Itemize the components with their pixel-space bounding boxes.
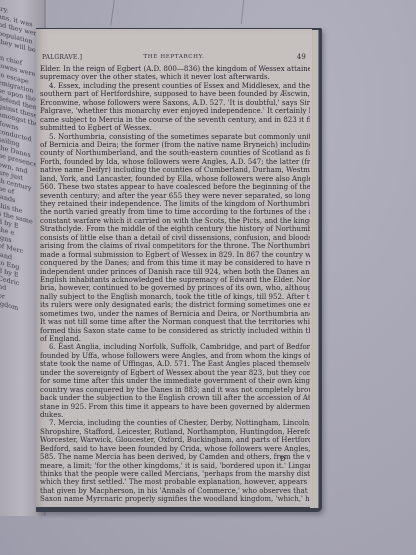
text-line: dukes. (40, 411, 310, 419)
running-head-title: THE HEPTARCHY. (42, 54, 306, 60)
text-line: Erconwine, whose followers were Saxons, … (40, 99, 310, 107)
text-line: land, York, and Lancaster, founded by El… (40, 175, 310, 183)
text-line: 585. The name Mercia has been derived, b… (40, 453, 310, 461)
text-line: independent under princes of Danish race… (40, 268, 310, 276)
text-line: consists of little else than a detail of… (40, 234, 310, 242)
text-line: came subject to Mercia in the course of … (40, 116, 310, 124)
text-line: country was conquered by the Danes in 88… (40, 386, 310, 394)
text-line: Forth, founded by Ida, whose followers w… (40, 158, 310, 166)
text-line: Worcester, Warwick, Gloucester, Oxford, … (40, 436, 310, 444)
text-line: native name Deifyr) including the counti… (40, 166, 310, 174)
text-line: Bedford, said to have been founded by Cr… (40, 445, 310, 453)
text-line: 4. Essex, including the present counties… (40, 82, 310, 90)
text-line: meare, a limit; 'for the other kingdoms,… (40, 462, 310, 470)
running-head: PALGRAVE.] THE HEPTARCHY. 49 (42, 54, 306, 63)
text-line: arising from the claims of rival competi… (40, 242, 310, 250)
text-line: submitted to Egbert of Wessex. (40, 124, 310, 132)
text-line: of England. (40, 335, 310, 343)
text-line: Shropshire, Stafford, Leicester, Rutland… (40, 428, 310, 436)
text-line: nally subject to the English monarch, to… (40, 293, 310, 301)
text-line: seventh century; and after the year 655 … (40, 192, 310, 200)
text-line: conquered by the Danes; and from this ti… (40, 259, 310, 267)
text-line: the north varied greatly from time to ti… (40, 208, 310, 216)
text-line: stane in 925. From this time it appears … (40, 403, 310, 411)
signature-mark: D (280, 455, 285, 463)
body-text: Elder. In the reign of Egbert (A.D. 800—… (40, 65, 310, 504)
text-line: English inhabitants acknowledged the sup… (40, 276, 310, 284)
text-line: back under the subjection to the English… (40, 394, 310, 402)
text-line: constant warfare which it carried on wit… (40, 217, 310, 225)
text-line: they retained their independence. The li… (40, 200, 310, 208)
text-line: southern part of Hertfordshire, supposed… (40, 90, 310, 98)
book-page: PALGRAVE.] THE HEPTARCHY. 49 Elder. In t… (36, 29, 312, 507)
text-line: Palgrave, 'whether this monarchy ever en… (40, 107, 310, 115)
text-line: which they first settled.' The most prob… (40, 478, 310, 486)
text-line: founded by Uffa, whose followers were An… (40, 352, 310, 360)
text-line: made a formal submission to Egbert of We… (40, 251, 310, 259)
text-line: county of Northumberland, and the south-… (40, 149, 310, 157)
text-line: that given by Macpherson, in his 'Annals… (40, 487, 310, 495)
text-line: formed this Saxon state came to be consi… (40, 327, 310, 335)
text-line: of Bernicia and Deira; the former (from … (40, 141, 310, 149)
text-line: sometimes two, under the names of Bernic… (40, 310, 310, 318)
text-line: Elder. In the reign of Egbert (A.D. 800—… (40, 65, 310, 73)
text-line: 560. These two states appear to have coa… (40, 183, 310, 191)
text-line: for some time after this under the immed… (40, 377, 310, 385)
text-line: Strathclyde. From the middle of the eigh… (40, 225, 310, 233)
text-line: state took the name of Uffingas, A.D. 57… (40, 360, 310, 368)
text-line: bria, however, continued to be governed … (40, 284, 310, 292)
text-line: its rulers were only designated earls; t… (40, 301, 310, 309)
text-line: 6. East Anglia, including Norfolk, Suffo… (40, 343, 310, 351)
text-line: 7. Mercia, including the counties of Che… (40, 419, 310, 427)
page-number: 49 (297, 53, 306, 61)
text-line: supremacy over the other states, which i… (40, 73, 310, 81)
text-line: under the sovereignty of Egbert of Wesse… (40, 369, 310, 377)
text-line: thinks that the people were called Merci… (40, 470, 310, 478)
text-line: 5. Northumbria, consisting of the someti… (40, 133, 310, 141)
text-line: It was not till some time after the Norm… (40, 318, 310, 326)
text-line: Saxon name Myrcnaric properly signifies … (40, 495, 310, 503)
